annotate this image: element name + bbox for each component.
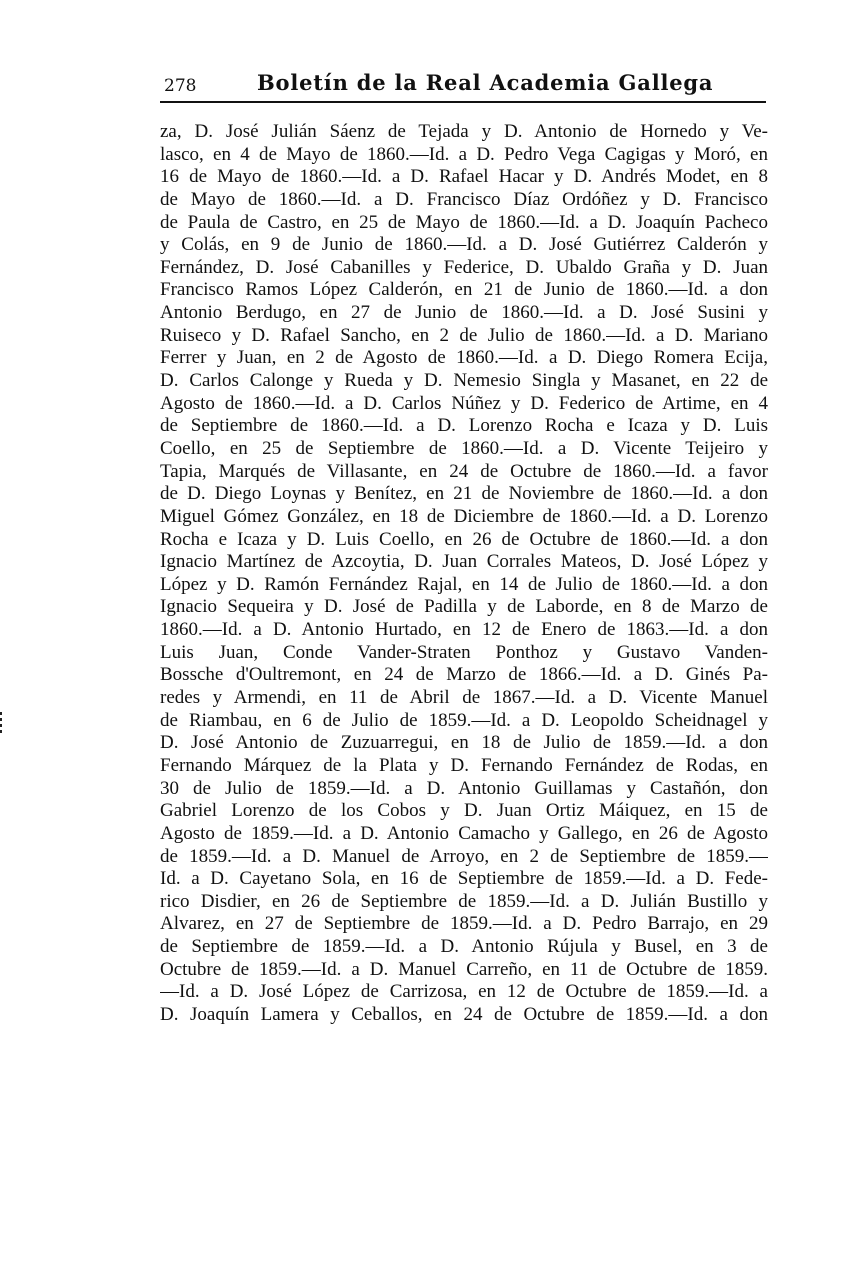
text-line: Id. a D. Cayetano Sola, en 16 de Septiem… bbox=[160, 868, 768, 891]
header-rule bbox=[160, 101, 766, 103]
text-line: Bossche d'Oultremont, en 24 de Marzo de … bbox=[160, 664, 768, 687]
text-line: 1860.—Id. a D. Antonio Hurtado, en 12 de… bbox=[160, 619, 768, 642]
text-line: Ruiseco y D. Rafael Sancho, en 2 de Juli… bbox=[160, 325, 768, 348]
text-line: Ignacio Sequeira y D. José de Padilla y … bbox=[160, 596, 768, 619]
body-text: za, D. José Julián Sáenz de Tejada y D. … bbox=[160, 121, 768, 1049]
text-line: de Septiembre de 1860.—Id. a D. Lorenzo … bbox=[160, 415, 768, 438]
running-title: Boletín de la Real Academia Gallega bbox=[257, 70, 713, 95]
text-line: Tapia, Marqués de Villasante, en 24 de O… bbox=[160, 461, 768, 484]
text-line: Fernando Márquez de la Plata y D. Fernan… bbox=[160, 755, 768, 778]
text-line: Luis Juan, Conde Vander-Straten Ponthoz … bbox=[160, 642, 768, 665]
text-line: rico Disdier, en 26 de Septiembre de 185… bbox=[160, 891, 768, 914]
text-line: Rocha e Icaza y D. Luis Coello, en 26 de… bbox=[160, 529, 768, 552]
text-line: de 1859.—Id. a D. Manuel de Arroyo, en 2… bbox=[160, 846, 768, 869]
text-line: lasco, en 4 de Mayo de 1860.—Id. a D. Pe… bbox=[160, 144, 768, 167]
text-line: Ferrer y Juan, en 2 de Agosto de 1860.—I… bbox=[160, 347, 768, 370]
text-line: de Paula de Castro, en 25 de Mayo de 186… bbox=[160, 212, 768, 235]
text-line: D. Joaquín Lamera y Ceballos, en 24 de O… bbox=[160, 1004, 768, 1027]
margin-scan-marks bbox=[0, 712, 4, 752]
text-line: za, D. José Julián Sáenz de Tejada y D. … bbox=[160, 121, 768, 144]
text-line: López y D. Ramón Fernández Rajal, en 14 … bbox=[160, 574, 768, 597]
scanned-page: 278 Boletín de la Real Academia Gallega … bbox=[0, 0, 850, 1267]
text-line: 16 de Mayo de 1860.—Id. a D. Rafael Haca… bbox=[160, 166, 768, 189]
text-line: D. José Antonio de Zuzuarregui, en 18 de… bbox=[160, 732, 768, 755]
text-line: Francisco Ramos López Calderón, en 21 de… bbox=[160, 279, 768, 302]
text-line: Ignacio Martínez de Azcoytia, D. Juan Co… bbox=[160, 551, 768, 574]
text-line: —Id. a D. José López de Carrizosa, en 12… bbox=[160, 981, 768, 1004]
text-line: Antonio Berdugo, en 27 de Junio de 1860.… bbox=[160, 302, 768, 325]
text-line: Octubre de 1859.—Id. a D. Manuel Carreño… bbox=[160, 959, 768, 982]
text-line: Fernández, D. José Cabanilles y Federice… bbox=[160, 257, 768, 280]
text-line: de Mayo de 1860.—Id. a D. Francisco Díaz… bbox=[160, 189, 768, 212]
text-line: y Colás, en 9 de Junio de 1860.—Id. a D.… bbox=[160, 234, 768, 257]
text-line: redes y Armendi, en 11 de Abril de 1867.… bbox=[160, 687, 768, 710]
text-line: Alvarez, en 27 de Septiembre de 1859.—Id… bbox=[160, 913, 768, 936]
text-line bbox=[160, 1027, 768, 1050]
page-header: 278 Boletín de la Real Academia Gallega bbox=[160, 68, 766, 102]
page-number: 278 bbox=[164, 76, 196, 96]
text-line: Gabriel Lorenzo de los Cobos y D. Juan O… bbox=[160, 800, 768, 823]
text-line: de Septiembre de 1859.—Id. a D. Antonio … bbox=[160, 936, 768, 959]
text-line: Agosto de 1859.—Id. a D. Antonio Camacho… bbox=[160, 823, 768, 846]
text-line: 30 de Julio de 1859.—Id. a D. Antonio Gu… bbox=[160, 778, 768, 801]
text-line: de D. Diego Loynas y Benítez, en 21 de N… bbox=[160, 483, 768, 506]
text-line: D. Carlos Calonge y Rueda y D. Nemesio S… bbox=[160, 370, 768, 393]
text-line: Miguel Gómez González, en 18 de Diciembr… bbox=[160, 506, 768, 529]
text-line: de Riambau, en 6 de Julio de 1859.—Id. a… bbox=[160, 710, 768, 733]
text-line: Agosto de 1860.—Id. a D. Carlos Núñez y … bbox=[160, 393, 768, 416]
text-line: Coello, en 25 de Septiembre de 1860.—Id.… bbox=[160, 438, 768, 461]
